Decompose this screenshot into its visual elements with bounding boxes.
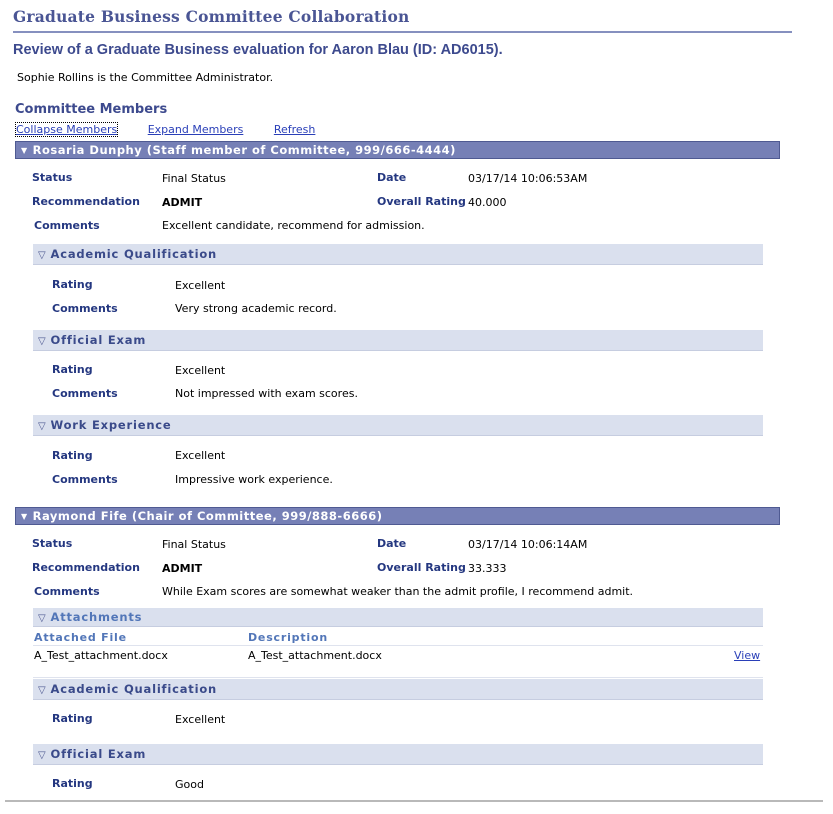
committee-admin-note: Sophie Rollins is the Committee Administ… <box>17 71 273 84</box>
recommendation-label: Recommendation <box>32 561 140 574</box>
comments-value: While Exam scores are somewhat weaker th… <box>162 585 633 598</box>
status-value: Final Status <box>162 172 226 185</box>
collapse-triangle-icon: ▽ <box>38 336 47 347</box>
section-header-work-experience[interactable]: ▽Work Experience <box>33 415 763 436</box>
collapse-triangle-icon: ▼ <box>21 512 28 521</box>
collapse-triangle-icon: ▽ <box>38 421 47 432</box>
page-title: Graduate Business Committee Collaboratio… <box>13 7 792 33</box>
collapse-triangle-icon: ▽ <box>38 750 47 761</box>
overall-rating-label: Overall Rating <box>377 561 466 574</box>
rating-label: Rating <box>52 449 93 462</box>
status-label: Status <box>32 171 72 184</box>
section-header-academic-qualification[interactable]: ▽Academic Qualification <box>33 244 763 265</box>
refresh-link[interactable]: Refresh <box>274 123 316 136</box>
rating-value: Good <box>175 778 204 791</box>
collapse-triangle-icon: ▽ <box>38 613 47 624</box>
rating-value: Excellent <box>175 279 225 292</box>
page-bottom-divider <box>5 800 823 802</box>
comments-value: Very strong academic record. <box>175 302 337 315</box>
date-value: 03/17/14 10:06:53AM <box>468 172 587 185</box>
collapse-triangle-icon: ▽ <box>38 685 47 696</box>
comments-label: Comments <box>34 219 100 232</box>
member-header-rosaria-dunphy[interactable]: ▼Rosaria Dunphy (Staff member of Committ… <box>15 141 780 159</box>
date-label: Date <box>377 171 406 184</box>
rating-label: Rating <box>52 777 93 790</box>
status-value: Final Status <box>162 538 226 551</box>
overall-rating-value: 40.000 <box>468 196 507 209</box>
member-header-raymond-fife[interactable]: ▼Raymond Fife (Chair of Committee, 999/8… <box>15 507 780 525</box>
member-name: Rosaria Dunphy (Staff member of Committe… <box>33 143 456 157</box>
recommendation-label: Recommendation <box>32 195 140 208</box>
section-header-attachments[interactable]: ▽Attachments <box>33 608 763 627</box>
review-subtitle: Review of a Graduate Business evaluation… <box>13 42 503 58</box>
overall-rating-value: 33.333 <box>468 562 507 575</box>
table-divider <box>33 677 763 678</box>
comments-value: Not impressed with exam scores. <box>175 387 358 400</box>
attachment-description: A_Test_attachment.docx <box>248 649 382 662</box>
comments-value: Excellent candidate, recommend for admis… <box>162 219 425 232</box>
rating-value: Excellent <box>175 713 225 726</box>
date-value: 03/17/14 10:06:14AM <box>468 538 587 551</box>
rating-value: Excellent <box>175 449 225 462</box>
comments-label: Comments <box>34 585 100 598</box>
comments-label: Comments <box>52 302 118 315</box>
rating-label: Rating <box>52 712 93 725</box>
description-column-header: Description <box>248 631 328 644</box>
table-divider <box>33 645 763 646</box>
view-attachment-link[interactable]: View <box>734 649 760 662</box>
collapse-triangle-icon: ▼ <box>21 146 28 155</box>
member-actions: Collapse Members Expand Members Refresh <box>16 123 342 136</box>
comments-label: Comments <box>52 387 118 400</box>
section-header-official-exam[interactable]: ▽Official Exam <box>33 330 763 351</box>
attached-file-name: A_Test_attachment.docx <box>34 649 168 662</box>
committee-members-heading: Committee Members <box>15 102 167 117</box>
expand-members-link[interactable]: Expand Members <box>148 123 244 136</box>
collapse-members-link[interactable]: Collapse Members <box>16 123 117 136</box>
member-name: Raymond Fife (Chair of Committee, 999/88… <box>33 509 383 523</box>
section-header-official-exam[interactable]: ▽Official Exam <box>33 744 763 765</box>
comments-label: Comments <box>52 473 118 486</box>
overall-rating-label: Overall Rating <box>377 195 466 208</box>
section-header-academic-qualification[interactable]: ▽Academic Qualification <box>33 679 763 700</box>
comments-value: Impressive work experience. <box>175 473 333 486</box>
rating-value: Excellent <box>175 364 225 377</box>
attached-file-column-header: Attached File <box>34 631 127 644</box>
recommendation-value: ADMIT <box>162 196 202 209</box>
recommendation-value: ADMIT <box>162 562 202 575</box>
rating-label: Rating <box>52 363 93 376</box>
status-label: Status <box>32 537 72 550</box>
date-label: Date <box>377 537 406 550</box>
rating-label: Rating <box>52 278 93 291</box>
collapse-triangle-icon: ▽ <box>38 250 47 261</box>
